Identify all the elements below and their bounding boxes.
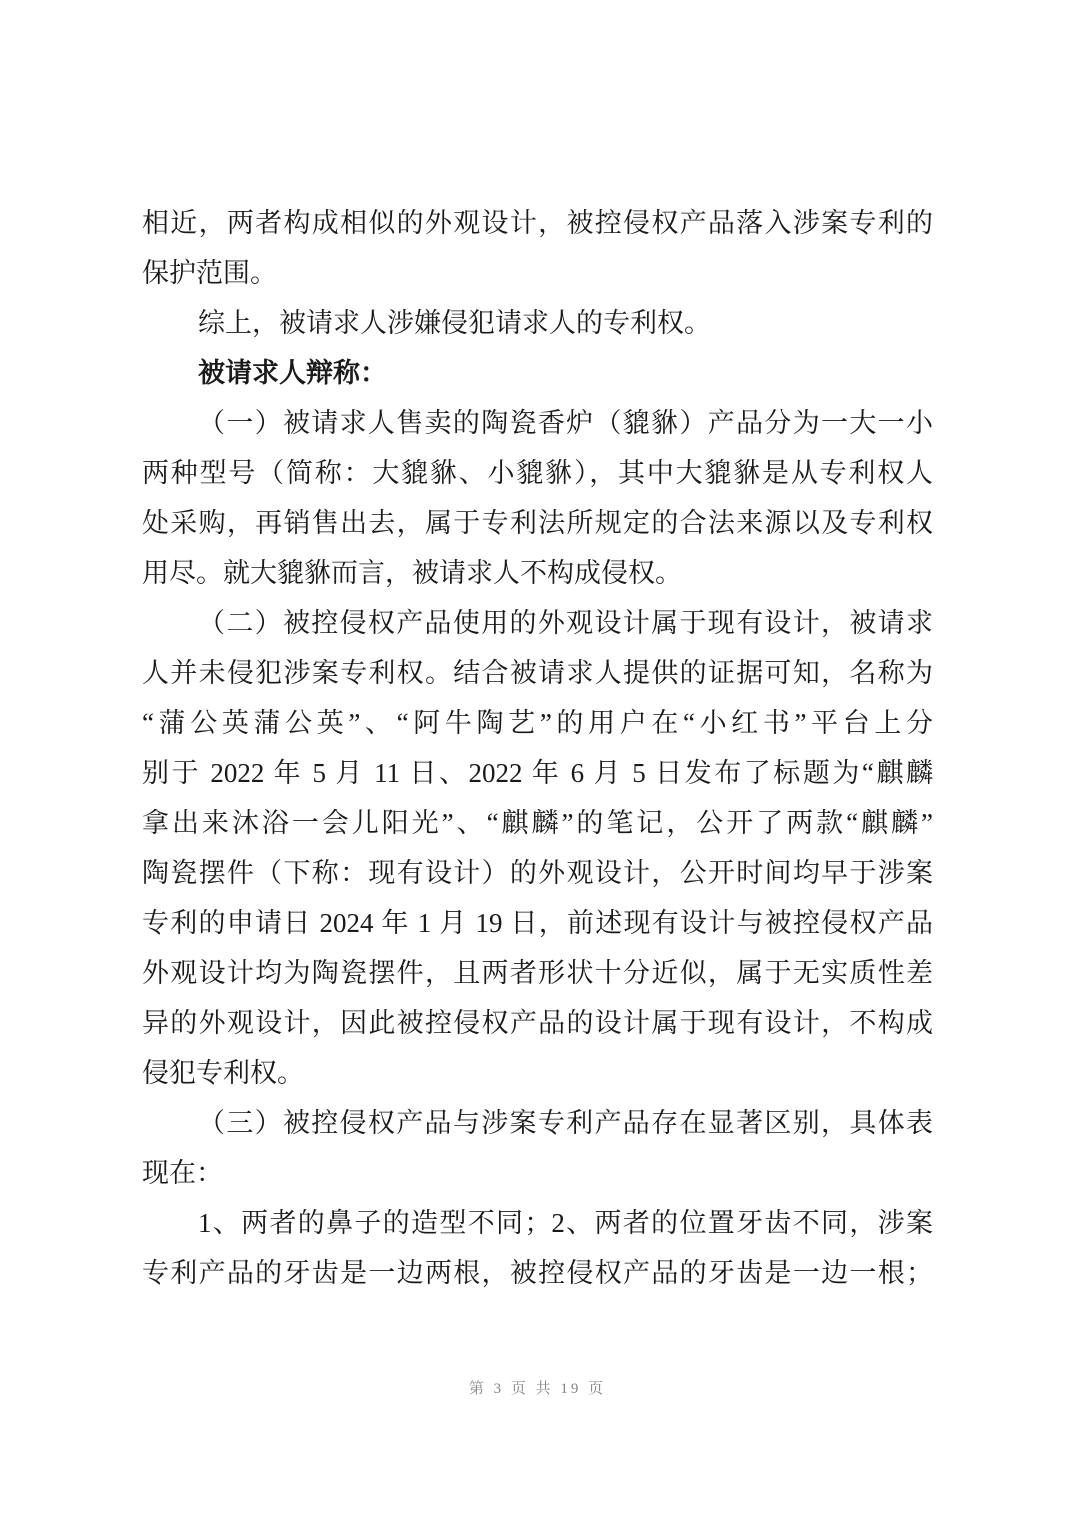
text-line: （三）被控侵权产品与涉案专利产品存在显著区别，具体表 [142,1098,933,1148]
document-page: { "page": { "background_color": "#ffffff… [0,0,1074,1520]
text-line: 陶瓷摆件（下称：现有设计）的外观设计，公开时间均早于涉案 [142,848,933,898]
text-line: 专利的申请日 2024 年 1 月 19 日，前述现有设计与被控侵权产品 [142,898,933,948]
text-line: 1、两者的鼻子的造型不同；2、两者的位置牙齿不同，涉案 [142,1198,933,1248]
text-line: （二）被控侵权产品使用的外观设计属于现有设计，被请求 [142,598,933,648]
text-line: 异的外观设计，因此被控侵权产品的设计属于现有设计，不构成 [142,998,933,1048]
text-line: （一）被请求人售卖的陶瓷香炉（貔貅）产品分为一大一小 [142,398,933,448]
page-footer: 第 3 页 共 19 页 [142,1378,933,1400]
text-line: 侵犯专利权。 [142,1048,933,1098]
text-line: 相近，两者构成相似的外观设计，被控侵权产品落入涉案专利的 [142,198,933,248]
text-line: 保护范围。 [142,248,933,298]
text-line: 外观设计均为陶瓷摆件，且两者形状十分近似，属于无实质性差 [142,948,933,998]
text-line: 现在： [142,1148,933,1198]
text-line: 专利产品的牙齿是一边两根，被控侵权产品的牙齿是一边一根； [142,1248,933,1298]
text-line: 处采购，再销售出去，属于专利法所规定的合法来源以及专利权 [142,498,933,548]
document-body: 相近，两者构成相似的外观设计，被控侵权产品落入涉案专利的保护范围。综上，被请求人… [142,198,933,1298]
text-line: 两种型号（简称：大貔貅、小貔貅），其中大貔貅是从专利权人 [142,448,933,498]
heading-line: 被请求人辩称： [142,348,933,398]
text-line: 拿出来沐浴一会儿阳光”、“麒麟”的笔记，公开了两款“麒麟” [142,798,933,848]
text-line: 用尽。就大貔貅而言，被请求人不构成侵权。 [142,548,933,598]
text-line: “蒲公英蒲公英”、“阿牛陶艺”的用户在“小红书”平台上分 [142,698,933,748]
text-line: 别于 2022 年 5 月 11 日、2022 年 6 月 5 日发布了标题为“… [142,748,933,798]
text-line: 人并未侵犯涉案专利权。结合被请求人提供的证据可知，名称为 [142,648,933,698]
text-line: 综上，被请求人涉嫌侵犯请求人的专利权。 [142,298,933,348]
page-number-text: 第 3 页 共 19 页 [469,1381,606,1397]
